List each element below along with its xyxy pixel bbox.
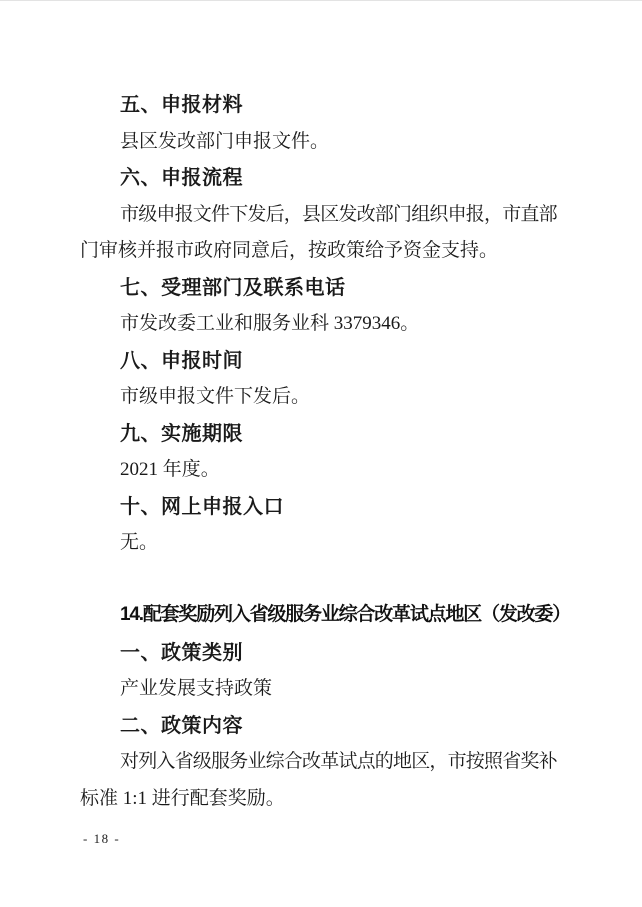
section-heading-policy-category: 一、政策类别 bbox=[80, 635, 558, 672]
section-heading-implementation-period: 九、实施期限 bbox=[80, 416, 558, 453]
section-heading-online-application-entry: 十、网上申报入口 bbox=[80, 489, 558, 526]
body-line: 2021 年度。 bbox=[80, 452, 558, 489]
section-heading-application-time: 八、申报时间 bbox=[80, 343, 558, 380]
document-page: 五、申报材料 县区发改部门申报文件。 六、申报流程 市级申报文件下发后，县区发改… bbox=[0, 0, 642, 907]
section-heading-application-materials: 五、申报材料 bbox=[80, 87, 558, 124]
body-line: 门审核并报市政府同意后，按政策给予资金支持。 bbox=[80, 233, 558, 270]
body-line: 县区发改部门申报文件。 bbox=[80, 124, 558, 161]
page-number: - 18 - bbox=[83, 831, 120, 847]
section-heading-application-process: 六、申报流程 bbox=[80, 160, 558, 197]
body-line: 市发改委工业和服务业科 3379346。 bbox=[80, 306, 558, 343]
body-line: 产业发展支持政策 bbox=[80, 671, 558, 708]
body-line: 标准 1:1 进行配套奖励。 bbox=[80, 781, 558, 818]
body-line: 无。 bbox=[80, 525, 558, 562]
section-heading-accepting-department-phone: 七、受理部门及联系电话 bbox=[80, 270, 558, 307]
policy-item-title: 14.配套奖励列入省级服务业综合改革试点地区（发改委） bbox=[80, 595, 558, 635]
body-line: 市级申报文件下发后，县区发改部门组织申报，市直部 bbox=[80, 197, 558, 234]
body-line: 市级申报文件下发后。 bbox=[80, 379, 558, 416]
document-body: 五、申报材料 县区发改部门申报文件。 六、申报流程 市级申报文件下发后，县区发改… bbox=[80, 87, 558, 817]
body-line: 对列入省级服务业综合改革试点的地区，市按照省奖补 bbox=[80, 744, 558, 781]
section-heading-policy-content: 二、政策内容 bbox=[80, 708, 558, 745]
